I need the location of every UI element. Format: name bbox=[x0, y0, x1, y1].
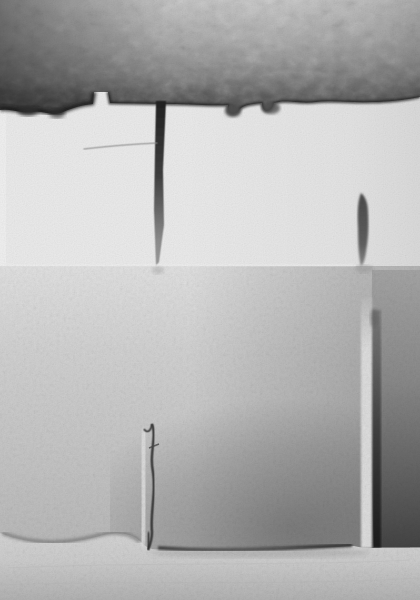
bottom-edge-shading bbox=[0, 560, 420, 600]
fine-grain-overlay bbox=[0, 0, 420, 600]
drawing-canvas bbox=[0, 0, 420, 600]
graphite-stone-wall-drawing bbox=[0, 0, 420, 600]
